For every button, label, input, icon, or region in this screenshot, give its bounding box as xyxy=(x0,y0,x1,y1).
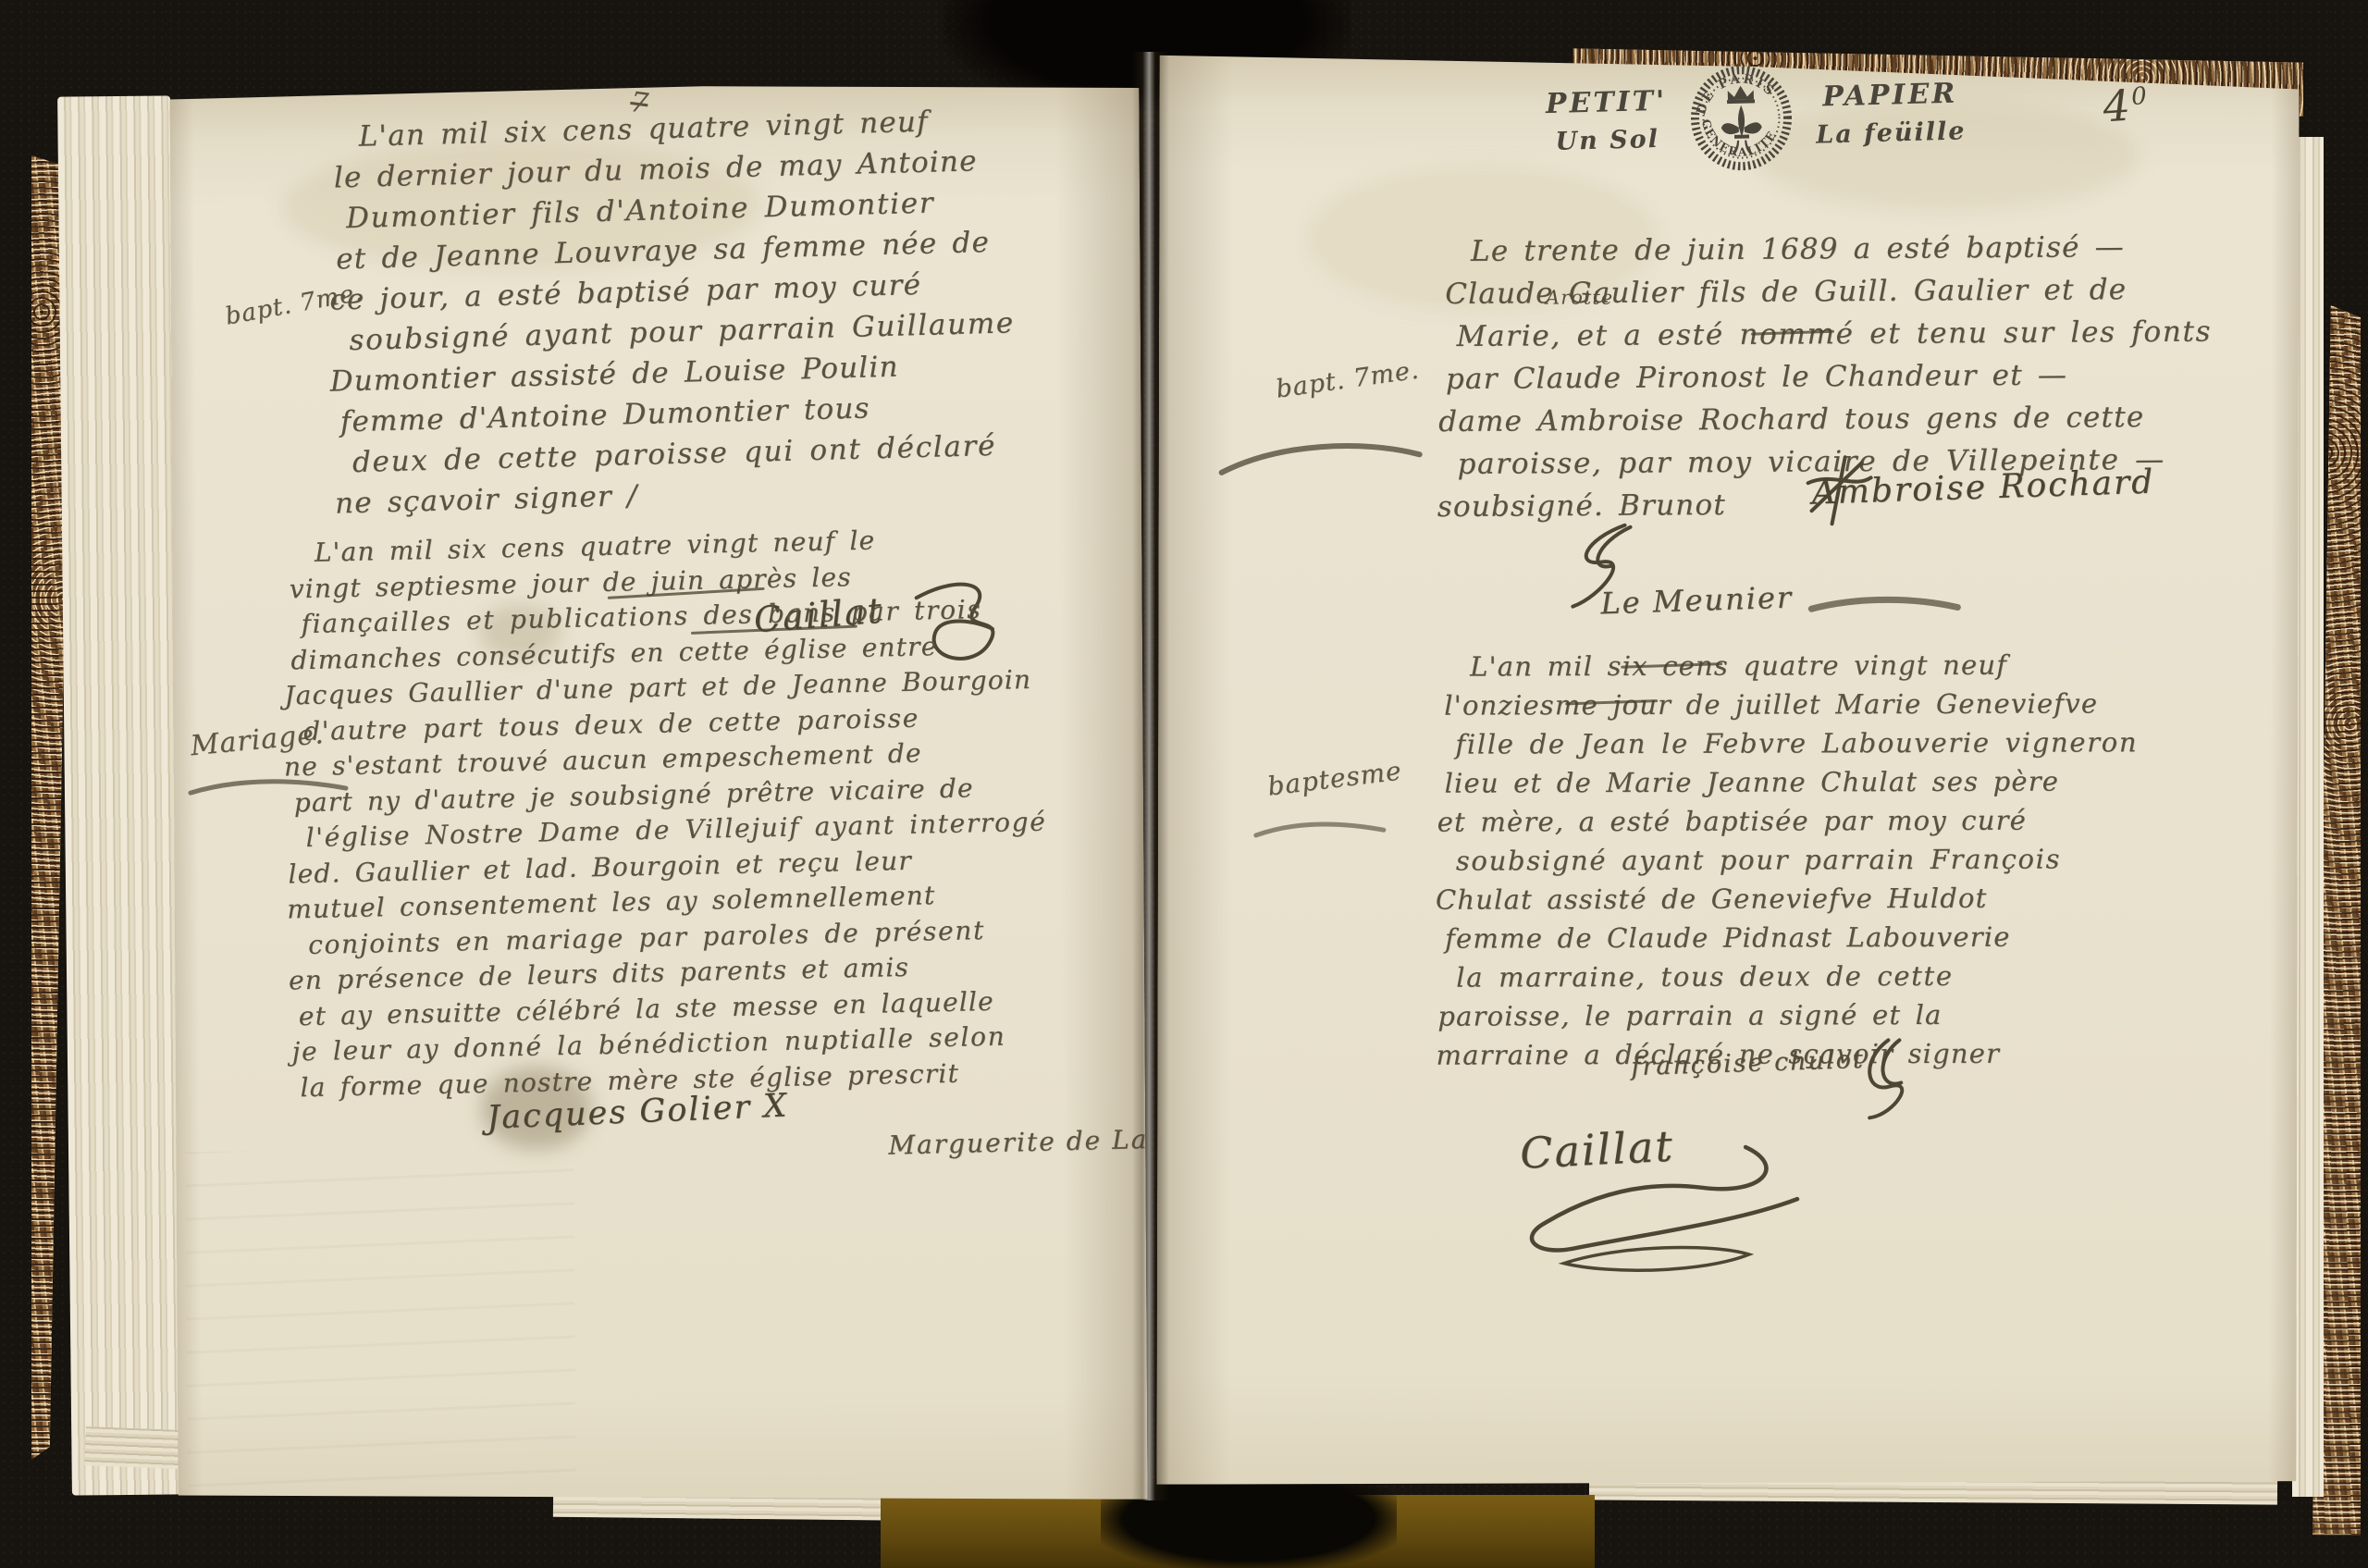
baptism-record-2: L'an mil six cens quatre vingt neufl'onz… xyxy=(1435,645,2250,1075)
ink-bleed-through xyxy=(185,1150,576,1541)
manuscript-line: Marie, et a esté nommé et tenu sur les f… xyxy=(1456,310,2231,358)
manuscript-line: dame Ambroise Rochard tous gens de cette xyxy=(1438,395,2232,443)
interline-insertion: Arotte xyxy=(1546,287,1613,309)
manuscript-line: la marraine, tous deux de cette xyxy=(1456,956,2250,997)
right-page: PETIT' Un Sol DE PARIS GENERALITE xyxy=(1156,53,2299,1488)
margin-underline-flourish xyxy=(1215,430,1427,486)
margin-note-baptism-2: baptesme xyxy=(1266,755,1404,801)
book-gutter xyxy=(1132,52,1169,1500)
stamp-word-petit: PETIT' xyxy=(1546,85,1668,120)
margin-note-baptism-1: bapt. 7me. xyxy=(1274,356,1421,404)
marriage-record: L'an mil six cens quatre vingt neuf levi… xyxy=(279,518,1124,1105)
baptism-record: L'an mil six cens quatre vingt neufle de… xyxy=(323,97,1119,525)
stamp-left-column: PETIT' Un Sol xyxy=(1546,85,1669,156)
manuscript-line: par Claude Pironost le Chandeur et — xyxy=(1446,352,2232,401)
manuscript-line: fille de Jean le Febvre Labouverie vigne… xyxy=(1455,722,2249,764)
page-shading-outer xyxy=(2268,55,2299,1487)
stamp-right-column: PAPIER La feüille xyxy=(1815,77,1967,149)
page-number: 40 xyxy=(2102,79,2151,131)
margin-underline-flourish xyxy=(1251,811,1389,848)
manuscript-line: paroisse, le parrain a signé et la xyxy=(1437,994,2250,1036)
stamp-word-un-sol: Un Sol xyxy=(1555,125,1659,156)
signature-caillat: Caillat xyxy=(1519,1121,1675,1179)
tax-stamp: PETIT' Un Sol DE PARIS GENERALITE xyxy=(1545,56,1982,178)
manuscript-line: Le trente de juin 1689 a esté baptisé — xyxy=(1436,225,2231,273)
manuscript-line: Chulat assisté de Geneviefve Huldot xyxy=(1436,878,2250,920)
manuscript-line: femme de Claude Pidnast Labouverie xyxy=(1445,917,2250,958)
signature-underline-flourish xyxy=(1806,590,1963,623)
svg-text:DE PARIS: DE PARIS xyxy=(1693,70,1779,117)
stamp-word-papier: PAPIER xyxy=(1822,78,1958,114)
page-number-superscript: 0 xyxy=(2130,82,2150,111)
signature-le-meunier: Le Meunier xyxy=(1600,580,1794,622)
stamp-word-la-feuille: La feüille xyxy=(1816,117,1967,149)
manuscript-line: lieu et de Marie Jeanne Chulat ses père xyxy=(1444,761,2249,803)
page-stack-edge-left xyxy=(57,95,185,1495)
left-page: 7 bapt. 7me. L'an mil six cens quatre vi… xyxy=(169,82,1147,1505)
page-number-digit: 4 xyxy=(2102,80,2134,132)
manuscript-line: et mère, a esté baptisée par moy curé xyxy=(1437,800,2250,842)
stamp-emblem: DE PARIS GENERALITE xyxy=(1679,59,1804,175)
manuscript-line: soubsigné ayant pour parrain François xyxy=(1456,839,2250,881)
stamp-emblem-text-top: DE PARIS xyxy=(1693,70,1779,117)
manuscript-book-photo: 7 bapt. 7me. L'an mil six cens quatre vi… xyxy=(0,0,2368,1568)
manuscript-line: L'an mil six cens quatre vingt neuf xyxy=(1435,645,2249,686)
